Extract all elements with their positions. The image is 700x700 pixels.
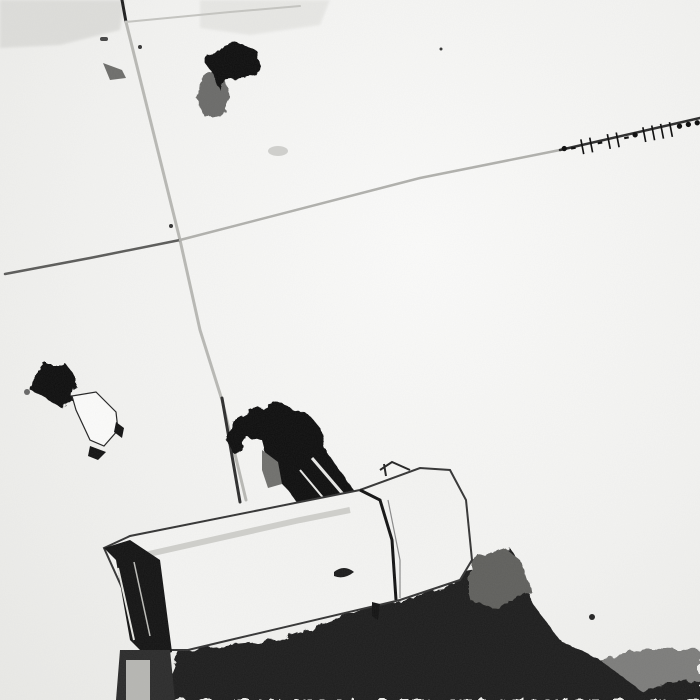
film-grain xyxy=(0,0,700,700)
aerial-photo xyxy=(0,0,700,700)
photo-scene: •-||-||-•||||••• xyxy=(0,0,700,700)
